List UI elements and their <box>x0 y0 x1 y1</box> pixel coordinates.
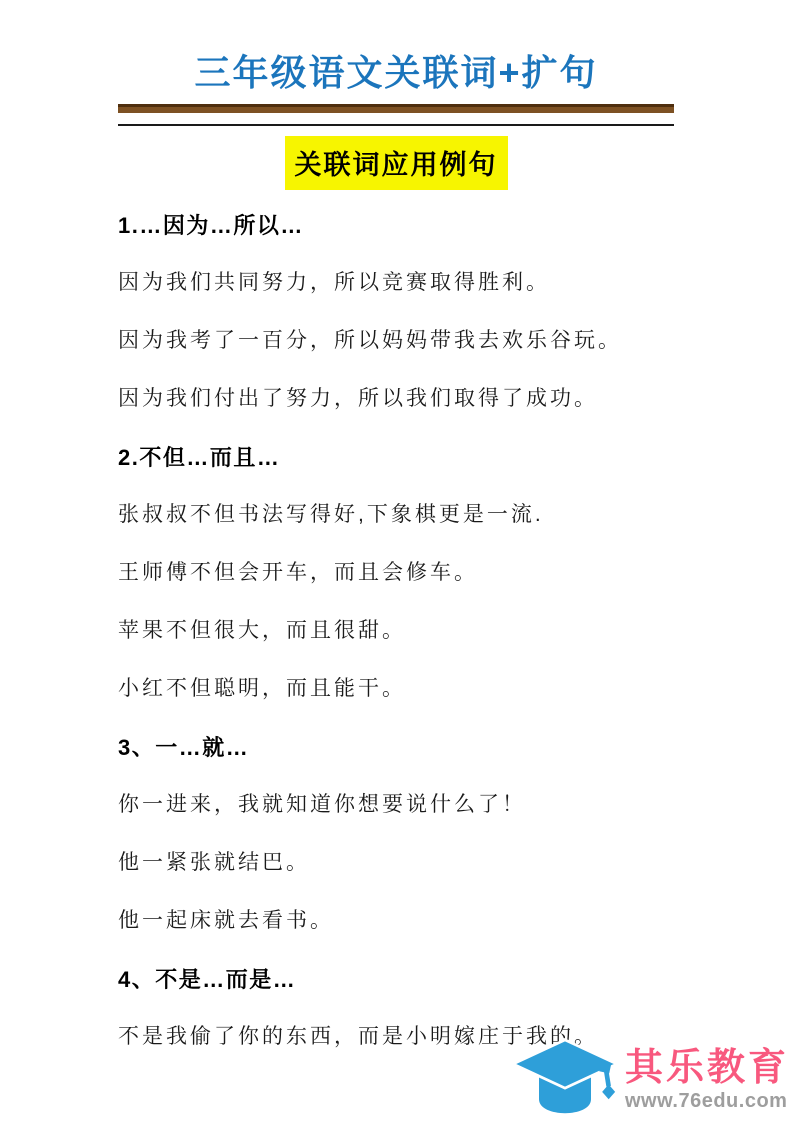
section-heading: 1.…因为…所以… <box>118 210 674 241</box>
section-heading: 4、不是…而是… <box>118 964 674 995</box>
example-sentence: 王师傅不但会开车，而且会修车。 <box>118 558 674 588</box>
example-sentence: 他一起床就去看书。 <box>118 906 674 936</box>
page-title: 三年级语文关联词+扩句 <box>118 0 674 96</box>
section-header-highlight: 关联词应用例句 <box>285 136 508 190</box>
brand-logo: 其乐教育 www.76edu.com <box>509 1038 789 1121</box>
example-sentence: 小红不但聪明，而且能干。 <box>118 674 674 704</box>
brand-name: 其乐教育 <box>625 1047 789 1089</box>
example-sentence: 因为我考了一百分，所以妈妈带我去欢乐谷玩。 <box>118 326 674 356</box>
section-yi-jiu: 3、一…就… 你一进来，我就知道你想要说什么了！ 他一紧张就结巴。 他一起床就去… <box>118 732 674 936</box>
worksheet-page: 三年级语文关联词+扩句 关联词应用例句 1.…因为…所以… 因为我们共同努力，所… <box>0 0 793 1122</box>
brand-url: www.76edu.com <box>625 1090 787 1112</box>
example-sentence: 苹果不但很大，而且很甜。 <box>118 616 674 646</box>
section-heading: 3、一…就… <box>118 732 674 763</box>
thick-brown-divider <box>118 104 674 113</box>
section-header-row: 关联词应用例句 <box>118 136 674 190</box>
example-sentence: 你一进来，我就知道你想要说什么了！ <box>118 790 674 820</box>
graduation-cap-icon <box>509 1038 621 1121</box>
section-heading: 2.不但…而且… <box>118 442 674 473</box>
example-sentence: 张叔叔不但书法写得好,下象棋更是一流. <box>118 500 674 530</box>
section-budan-erqie: 2.不但…而且… 张叔叔不但书法写得好,下象棋更是一流. 王师傅不但会开车，而且… <box>118 442 674 704</box>
example-sentence: 因为我们共同努力，所以竞赛取得胜利。 <box>118 268 674 298</box>
thin-black-divider <box>118 124 674 126</box>
brand-text: 其乐教育 www.76edu.com <box>625 1047 789 1112</box>
example-sentence: 因为我们付出了努力，所以我们取得了成功。 <box>118 384 674 414</box>
example-sentence: 他一紧张就结巴。 <box>118 848 674 878</box>
section-yinwei-suoyi: 1.…因为…所以… 因为我们共同努力，所以竞赛取得胜利。 因为我考了一百分，所以… <box>118 210 674 414</box>
